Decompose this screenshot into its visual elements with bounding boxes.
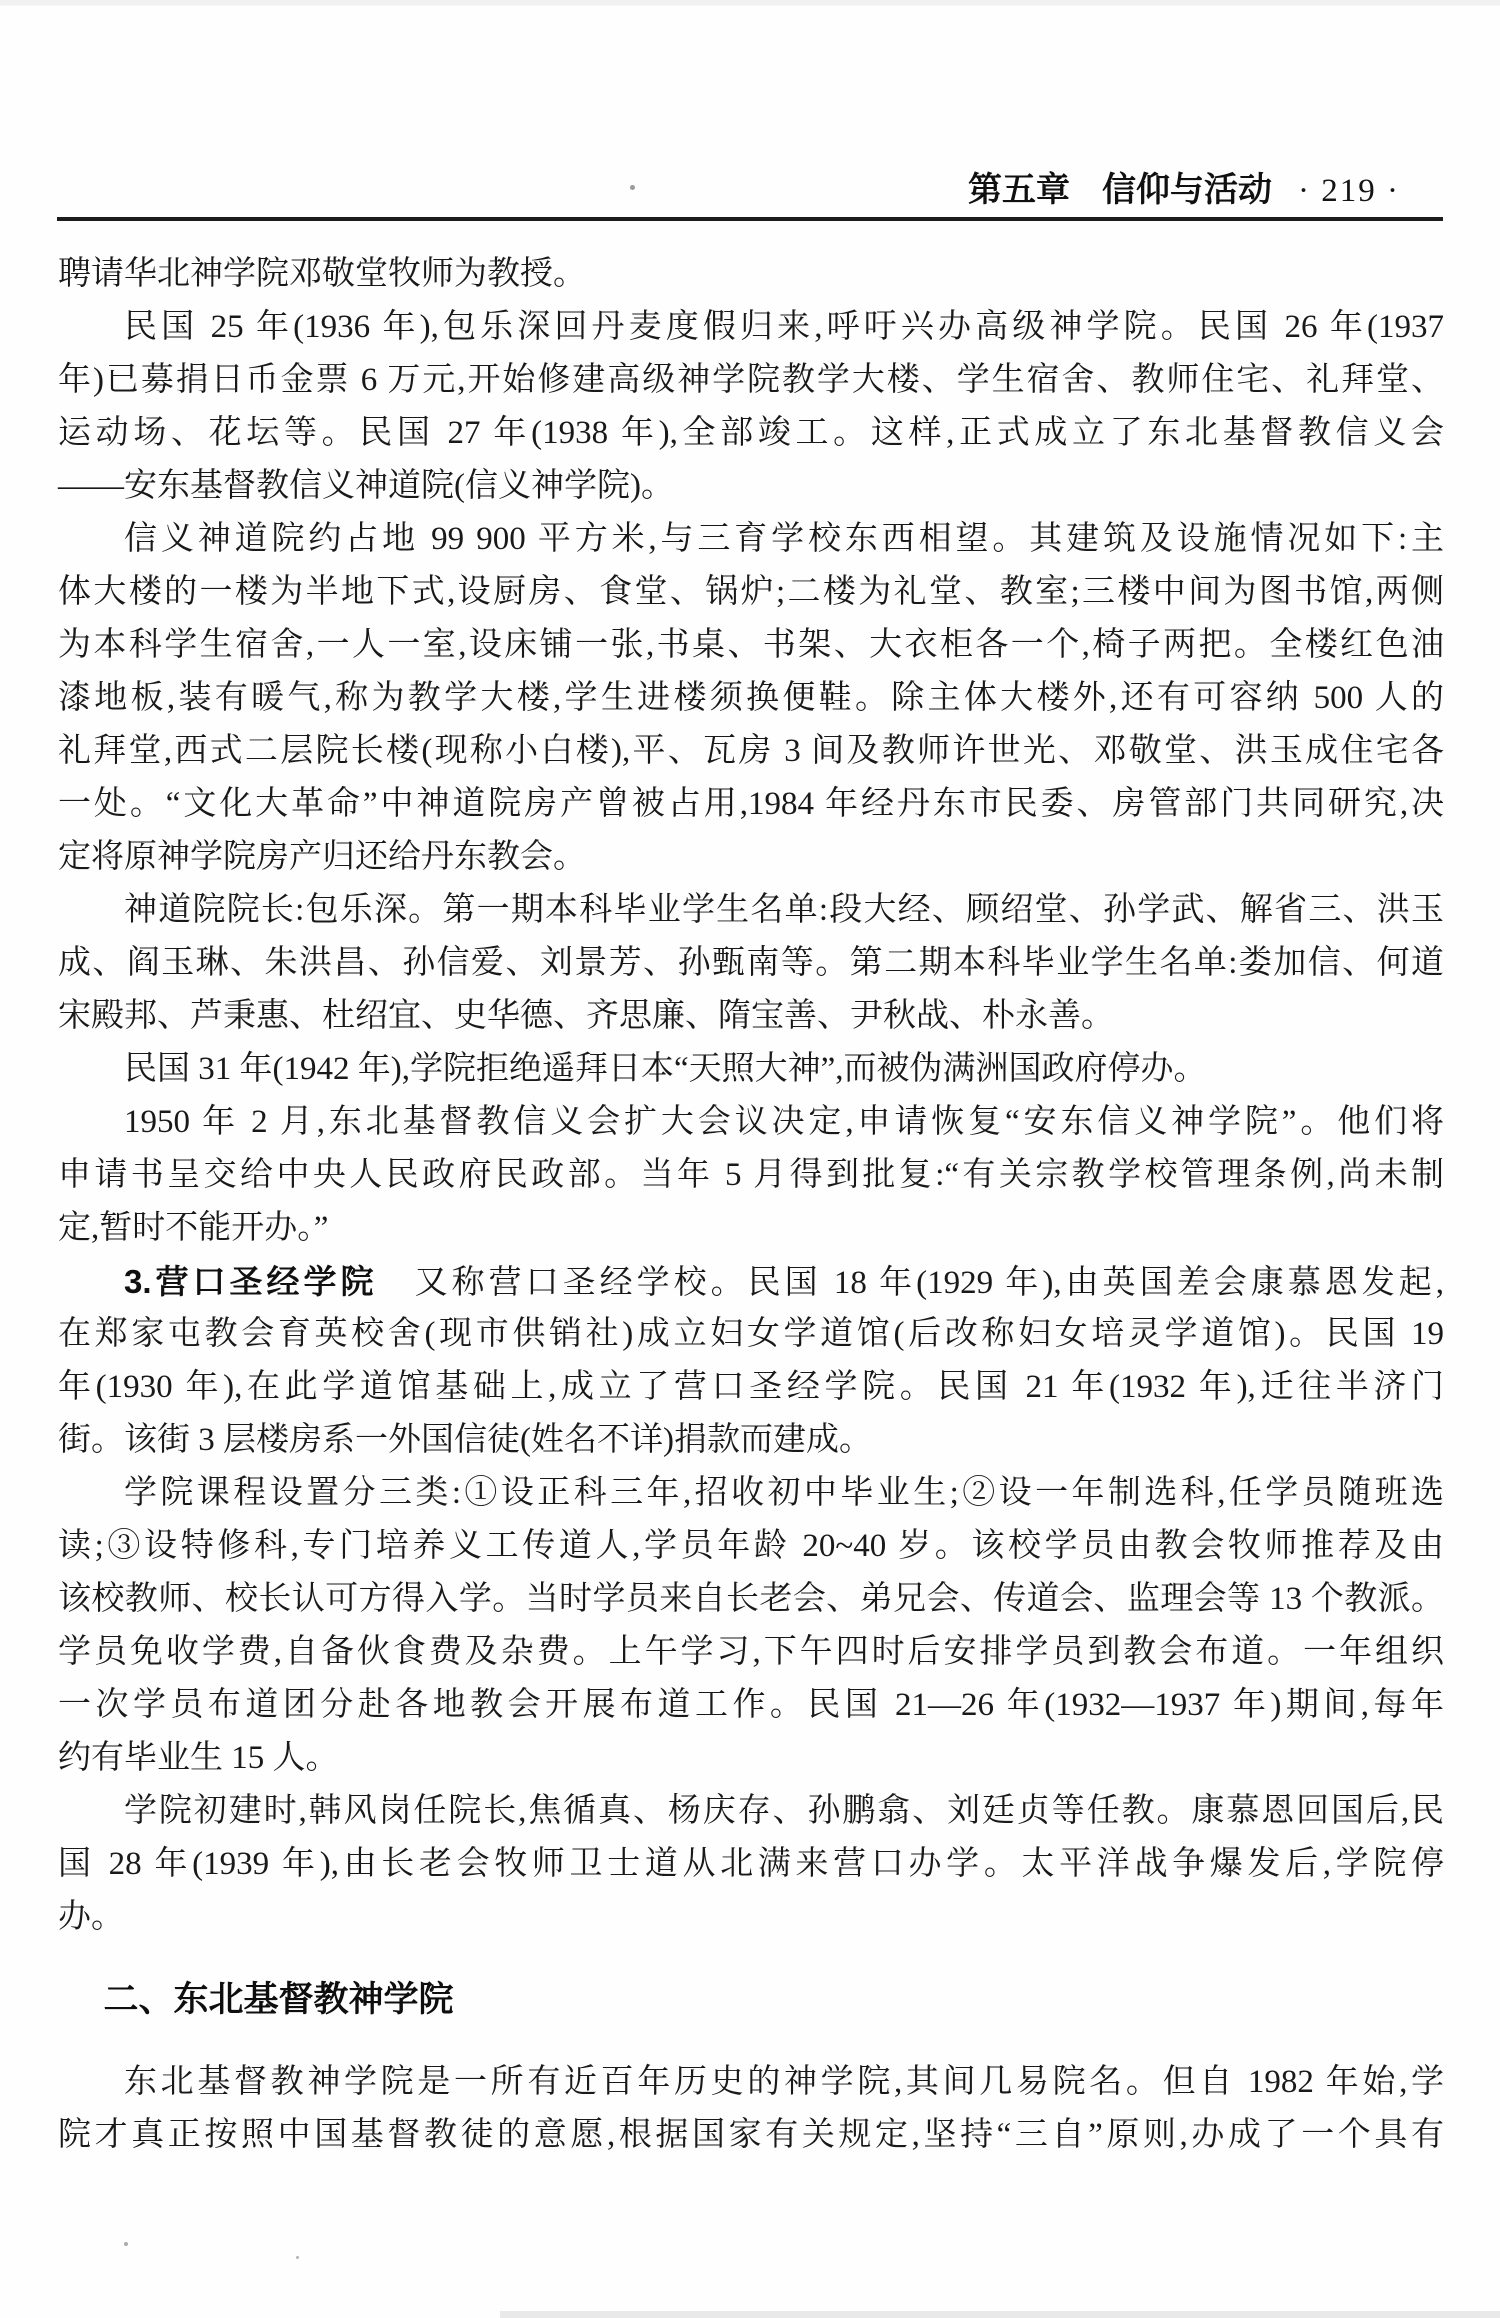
text-line: 年(1930 年),在此学道馆基础上,成立了营口圣经学院。民国 21 年(193… bbox=[58, 1361, 1444, 1414]
text-line: 该校教师、校长认可方得入学。当时学员来自长老会、弟兄会、传道会、监理会等 13 … bbox=[58, 1573, 1444, 1626]
text-line: 3.营口圣经学院 又称营口圣经学校。民国 18 年(1929 年),由英国差会康… bbox=[58, 1255, 1444, 1308]
text-line: 信义神道院约占地 99 900 平方米,与三育学校东西相望。其建筑及设施情况如下… bbox=[58, 513, 1444, 566]
text-line: 宋殿邦、芦秉惠、杜绍宜、史华德、齐思廉、隋宝善、尹秋战、朴永善。 bbox=[58, 990, 1444, 1043]
section-title: 信仰与活动 bbox=[1102, 171, 1272, 209]
header-rule bbox=[57, 217, 1443, 221]
text-line: 院才真正按照中国基督教徒的意愿,根据国家有关规定,坚持“三自”原则,办成了一个具… bbox=[58, 2109, 1444, 2162]
text-line: 运动场、花坛等。民国 27 年(1938 年),全部竣工。这样,正式成立了东北基… bbox=[58, 407, 1444, 460]
text-line: 体大楼的一楼为半地下式,设厨房、食堂、锅炉;二楼为礼堂、教室;三楼中间为图书馆,… bbox=[58, 566, 1444, 619]
text-line: 东北基督教神学院是一所有近百年历史的神学院,其间几易院名。但自 1982 年始,… bbox=[58, 2056, 1444, 2109]
text-line: 学员免收学费,自备伙食费及杂费。上午学习,下午四时后安排学员到教会布道。一年组织 bbox=[58, 1626, 1444, 1679]
page-header: 第五章信仰与活动· 219 · bbox=[968, 168, 1400, 212]
text-line: 学院课程设置分三类:①设正科三年,招收初中毕业生;②设一年制选科,任学员随班选 bbox=[58, 1467, 1444, 1520]
text-line: 民国 25 年(1936 年),包乐深回丹麦度假归来,呼吁兴办高级神学院。民国 … bbox=[58, 301, 1444, 354]
section-heading: 二、东北基督教神学院 bbox=[58, 1972, 1444, 2028]
text-line: 为本科学生宿舍,一人一室,设床铺一张,书桌、书架、大衣柜各一个,椅子两把。全楼红… bbox=[58, 619, 1444, 672]
text-line: 一次学员布道团分赴各地教会开展布道工作。民国 21—26 年(1932—1937… bbox=[58, 1679, 1444, 1732]
scan-speck bbox=[124, 2242, 128, 2246]
chapter-label: 第五章 bbox=[968, 171, 1070, 209]
text-line: 漆地板,装有暖气,称为教学大楼,学生进楼须换便鞋。除主体大楼外,还有可容纳 50… bbox=[58, 672, 1444, 725]
text-line: 一处。“文化大革命”中神道院房产曾被占用,1984 年经丹东市民委、房管部门共同… bbox=[58, 778, 1444, 831]
text-line: 民国 31 年(1942 年),学院拒绝遥拜日本“天照大神”,而被伪满洲国政府停… bbox=[58, 1043, 1444, 1096]
scan-edge-bottom bbox=[500, 2311, 1500, 2318]
text-line: 年)已募捐日币金票 6 万元,开始修建高级神学院教学大楼、学生宿舍、教师住宅、礼… bbox=[58, 354, 1444, 407]
page-number: · 219 · bbox=[1298, 173, 1400, 209]
body-text: 聘请华北神学院邓敬堂牧师为教授。民国 25 年(1936 年),包乐深回丹麦度假… bbox=[58, 248, 1444, 2162]
text-line: 定,暂时不能开办。” bbox=[58, 1202, 1444, 1255]
text-line: 申请书呈交给中央人民政府民政部。当年 5 月得到批复:“有关宗教学校管理条例,尚… bbox=[58, 1149, 1444, 1202]
text-line: 神道院院长:包乐深。第一期本科毕业学生名单:段大经、顾绍堂、孙学武、解省三、洪玉 bbox=[58, 884, 1444, 937]
text-line: 办。 bbox=[58, 1891, 1444, 1944]
text-line: 1950 年 2 月,东北基督教信义会扩大会议决定,申请恢复“安东信义神学院”。… bbox=[58, 1096, 1444, 1149]
text-line: 街。该街 3 层楼房系一外国信徒(姓名不详)捐款而建成。 bbox=[58, 1414, 1444, 1467]
text-line: 学院初建时,韩风岗任院长,焦循真、杨庆存、孙鹏翕、刘廷贞等任教。康慕恩回国后,民 bbox=[58, 1785, 1444, 1838]
text-line: 约有毕业生 15 人。 bbox=[58, 1732, 1444, 1785]
text-line: 定将原神学院房产归还给丹东教会。 bbox=[58, 831, 1444, 884]
text-line: 国 28 年(1939 年),由长老会牧师卫士道从北满来营口办学。太平洋战争爆发… bbox=[58, 1838, 1444, 1891]
text-line: ——安东基督教信义神道院(信义神学院)。 bbox=[58, 460, 1444, 513]
scan-speck bbox=[296, 2256, 299, 2259]
inline-subheading: 3.营口圣经学院 bbox=[124, 1263, 378, 1300]
scan-speck bbox=[630, 185, 635, 190]
scan-edge-top bbox=[0, 0, 1500, 6]
text-line: 在郑家屯教会育英校舍(现市供销社)成立妇女学道馆(后改称妇女培灵学道馆)。民国 … bbox=[58, 1308, 1444, 1361]
text-line: 礼拜堂,西式二层院长楼(现称小白楼),平、瓦房 3 间及教师许世光、邓敬堂、洪玉… bbox=[58, 725, 1444, 778]
book-page: 第五章信仰与活动· 219 · 聘请华北神学院邓敬堂牧师为教授。民国 25 年(… bbox=[0, 0, 1500, 2318]
text-line: 成、阎玉琳、朱洪昌、孙信爱、刘景芳、孙甄南等。第二期本科毕业学生名单:娄加信、何… bbox=[58, 937, 1444, 990]
text-line: 聘请华北神学院邓敬堂牧师为教授。 bbox=[58, 248, 1444, 301]
text-line: 读;③设特修科,专门培养义工传道人,学员年龄 20~40 岁。该校学员由教会牧师… bbox=[58, 1520, 1444, 1573]
